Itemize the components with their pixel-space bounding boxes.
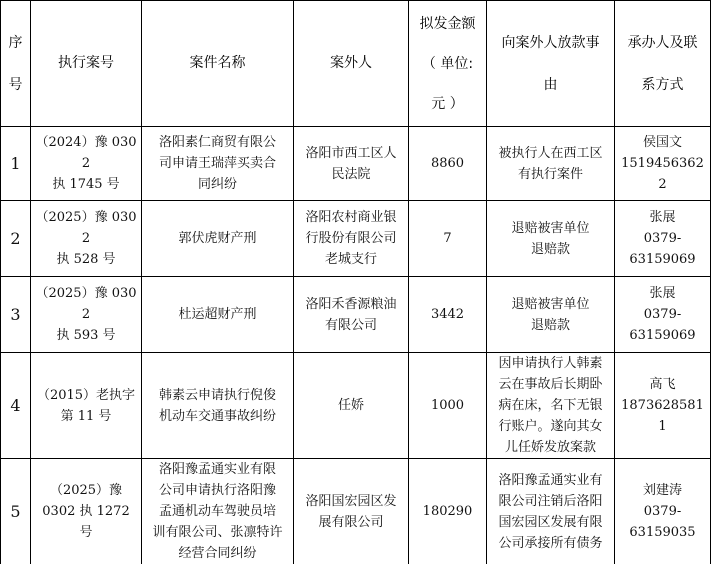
cell-amount: 1000 xyxy=(409,353,487,459)
cell-case-name: 郭伏虎财产刑 xyxy=(142,201,294,277)
cell-reason: 被执行人在西工区 有执行案件 xyxy=(487,127,615,201)
cell-amount: 7 xyxy=(409,201,487,277)
cell-case-no: （2025）豫 0302 执 1272 号 xyxy=(31,459,142,564)
header-contact: 承办人及联 系方式 xyxy=(615,1,711,127)
cell-seq: 2 xyxy=(1,201,31,277)
table-row: 3 （2025）豫 0302 执 593 号 杜运超财产刑 洛阳禾香源粮油 有限… xyxy=(1,277,711,353)
table-row: 4 （2015）老执字 第 11 号 韩素云申请执行倪俊 机动车交通事故纠纷 任… xyxy=(1,353,711,459)
cell-reason: 洛阳豫孟通实业有 限公司注销后洛阳 国宏园区发展有限 公司承接所有债务 xyxy=(487,459,615,564)
header-outsider: 案外人 xyxy=(294,1,409,127)
cell-case-no: （2025）豫 0302 执 593 号 xyxy=(31,277,142,353)
header-case-no: 执行案号 xyxy=(31,1,142,127)
cell-case-no: （2025）豫 0302 执 528 号 xyxy=(31,201,142,277)
cell-amount: 3442 xyxy=(409,277,487,353)
cell-case-no: （2024）豫 0302 执 1745 号 xyxy=(31,127,142,201)
cell-amount: 8860 xyxy=(409,127,487,201)
cell-contact: 张展 0379- 63159069 xyxy=(615,201,711,277)
cell-reason: 退赔被害单位 退赔款 xyxy=(487,201,615,277)
table-row: 5 （2025）豫 0302 执 1272 号 洛阳豫孟通实业有限 公司申请执行… xyxy=(1,459,711,564)
cell-reason: 退赔被害单位 退赔款 xyxy=(487,277,615,353)
cell-outsider: 洛阳国宏园区发 展有限公司 xyxy=(294,459,409,564)
header-case-name: 案件名称 xyxy=(142,1,294,127)
cell-seq: 3 xyxy=(1,277,31,353)
cell-case-no: （2015）老执字 第 11 号 xyxy=(31,353,142,459)
cell-reason: 因申请执行人韩素 云在事故后长期卧 病在床，名下无银 行账户。遂向其女 儿任娇发… xyxy=(487,353,615,459)
cell-amount: 180290 xyxy=(409,459,487,564)
header-row: 序 号 执行案号 案件名称 案外人 拟发金额 （ 单位: 元 ） 向案外人放款事… xyxy=(1,1,711,127)
cell-outsider: 任娇 xyxy=(294,353,409,459)
cell-outsider: 洛阳农村商业银 行股份有限公司 老城支行 xyxy=(294,201,409,277)
cell-outsider: 洛阳市西工区人 民法院 xyxy=(294,127,409,201)
cell-contact: 侯国文 15194563622 xyxy=(615,127,711,201)
cell-contact: 刘建涛 0379- 63159035 xyxy=(615,459,711,564)
table-row: 1 （2024）豫 0302 执 1745 号 洛阳素仁商贸有限公 司申请王瑞萍… xyxy=(1,127,711,201)
cell-case-name: 杜运超财产刑 xyxy=(142,277,294,353)
cell-contact: 高飞 18736285811 xyxy=(615,353,711,459)
cell-case-name: 洛阳豫孟通实业有限 公司申请执行洛阳豫 孟通机动车驾驶员培 训有限公司、张凛特许… xyxy=(142,459,294,564)
cell-seq: 4 xyxy=(1,353,31,459)
cell-case-name: 洛阳素仁商贸有限公 司申请王瑞萍买卖合 同纠纷 xyxy=(142,127,294,201)
cell-seq: 5 xyxy=(1,459,31,564)
cell-seq: 1 xyxy=(1,127,31,201)
table-row: 2 （2025）豫 0302 执 528 号 郭伏虎财产刑 洛阳农村商业银 行股… xyxy=(1,201,711,277)
header-seq: 序 号 xyxy=(1,1,31,127)
header-amount: 拟发金额 （ 单位: 元 ） xyxy=(409,1,487,127)
cell-contact: 张展 0379- 63159069 xyxy=(615,277,711,353)
payment-table: 序 号 执行案号 案件名称 案外人 拟发金额 （ 单位: 元 ） 向案外人放款事… xyxy=(0,0,711,564)
cell-outsider: 洛阳禾香源粮油 有限公司 xyxy=(294,277,409,353)
header-reason: 向案外人放款事 由 xyxy=(487,1,615,127)
cell-case-name: 韩素云申请执行倪俊 机动车交通事故纠纷 xyxy=(142,353,294,459)
